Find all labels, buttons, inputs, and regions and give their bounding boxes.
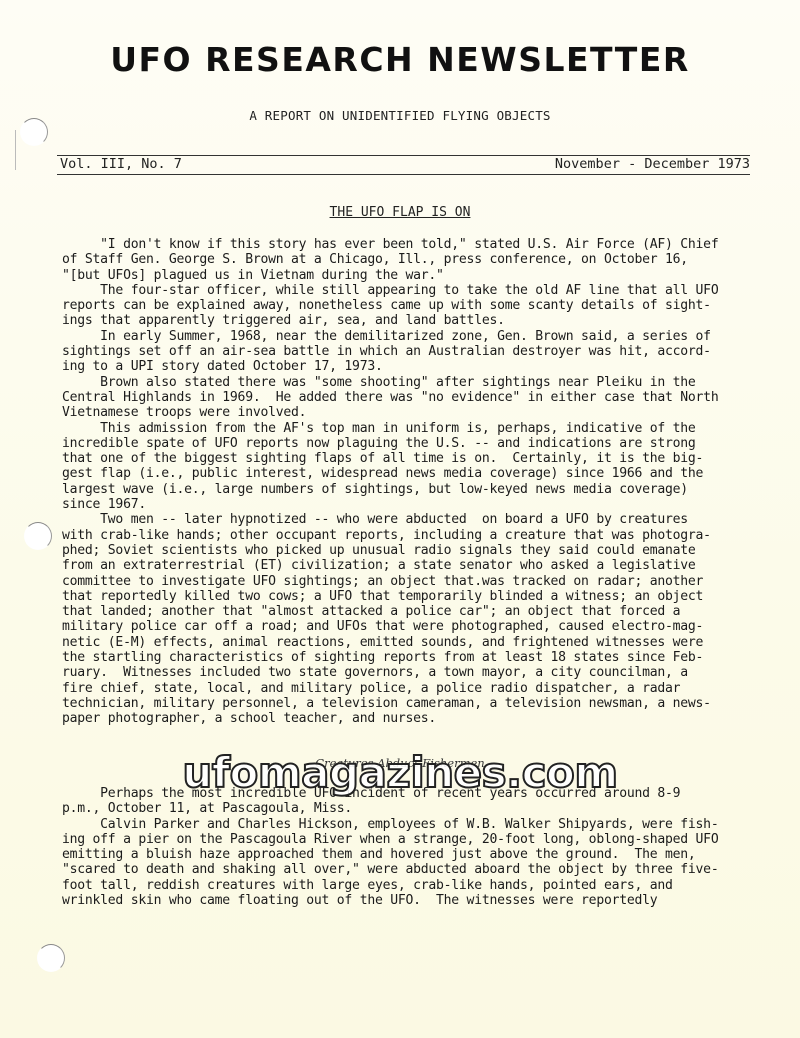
text-line: "scared to death and shaking all over," … xyxy=(62,862,762,877)
text-line: technician, military personnel, a televi… xyxy=(62,696,762,711)
text-line: ings that apparently triggered air, sea,… xyxy=(62,313,762,328)
text-line: paper photographer, a school teacher, an… xyxy=(62,711,762,726)
text-line: netic (E-M) effects, animal reactions, e… xyxy=(62,635,762,650)
text-line: Two men -- later hypnotized -- who were … xyxy=(62,512,762,527)
text-line: "I don't know if this story has ever bee… xyxy=(62,237,762,252)
issue-date: November - December 1973 xyxy=(555,156,750,172)
text-line: ing off a pier on the Pascagoula River w… xyxy=(62,832,762,847)
text-line: that landed; another that "almost attack… xyxy=(62,604,762,619)
text-line: military police car off a road; and UFOs… xyxy=(62,619,762,634)
text-line: the startling characteristics of sightin… xyxy=(62,650,762,665)
text-line: emitting a bluish haze approached them a… xyxy=(62,847,762,862)
text-line: reports can be explained away, nonethele… xyxy=(62,298,762,313)
text-line: sightings set off an air-sea battle in w… xyxy=(62,344,762,359)
newsletter-title: UFO RESEARCH NEWSLETTER xyxy=(0,40,800,79)
text-line: largest wave (i.e., large numbers of sig… xyxy=(62,482,762,497)
text-line: phed; Soviet scientists who picked up un… xyxy=(62,543,762,558)
text-line: p.m., October 11, at Pascagoula, Miss. xyxy=(62,801,762,816)
newsletter-subtitle: A REPORT ON UNIDENTIFIED FLYING OBJECTS xyxy=(0,108,800,123)
text-line: Central Highlands in 1969. He added ther… xyxy=(62,390,762,405)
text-line: fire chief, state, local, and military p… xyxy=(62,681,762,696)
text-line: since 1967. xyxy=(62,497,762,512)
text-line: ing to a UPI story dated October 17, 197… xyxy=(62,359,762,374)
margin-mark xyxy=(15,130,16,170)
text-line: foot tall, reddish creatures with large … xyxy=(62,878,762,893)
article-body: "I don't know if this story has ever bee… xyxy=(62,237,762,727)
text-line: that reportedly killed two cows; a UFO t… xyxy=(62,589,762,604)
article-title: THE UFO FLAP IS ON xyxy=(0,205,800,220)
article-body-continued: Perhaps the most incredible UFO incident… xyxy=(62,786,762,908)
issue-info-bar: Vol. III, No. 7 November - December 1973 xyxy=(57,155,750,175)
text-line: incredible spate of UFO reports now plag… xyxy=(62,436,762,451)
text-line: with crab-like hands; other occupant rep… xyxy=(62,528,762,543)
text-line: Brown also stated there was "some shooti… xyxy=(62,375,762,390)
text-line: Calvin Parker and Charles Hickson, emplo… xyxy=(62,817,762,832)
text-line: from an extraterrestrial (ET) civilizati… xyxy=(62,558,762,573)
text-line: of Staff Gen. George S. Brown at a Chica… xyxy=(62,252,762,267)
watermark: ufomagazines.com xyxy=(0,748,800,797)
article-title-text: THE UFO FLAP IS ON xyxy=(330,205,471,220)
text-line: In early Summer, 1968, near the demilita… xyxy=(62,329,762,344)
text-line: wrinkled skin who came floating out of t… xyxy=(62,893,762,908)
text-line: "[but UFOs] plagued us in Vietnam during… xyxy=(62,268,762,283)
text-line: ruary. Witnesses included two state gove… xyxy=(62,665,762,680)
text-line: This admission from the AF's top man in … xyxy=(62,421,762,436)
text-line: committee to investigate UFO sightings; … xyxy=(62,574,762,589)
text-line: The four-star officer, while still appea… xyxy=(62,283,762,298)
text-line: that one of the biggest sighting flaps o… xyxy=(62,451,762,466)
punch-hole-middle xyxy=(24,522,52,550)
issue-volume: Vol. III, No. 7 xyxy=(60,156,182,172)
text-line: Vietnamese troops were involved. xyxy=(62,405,762,420)
punch-hole-bottom xyxy=(37,944,65,972)
text-line: gest flap (i.e., public interest, widesp… xyxy=(62,466,762,481)
